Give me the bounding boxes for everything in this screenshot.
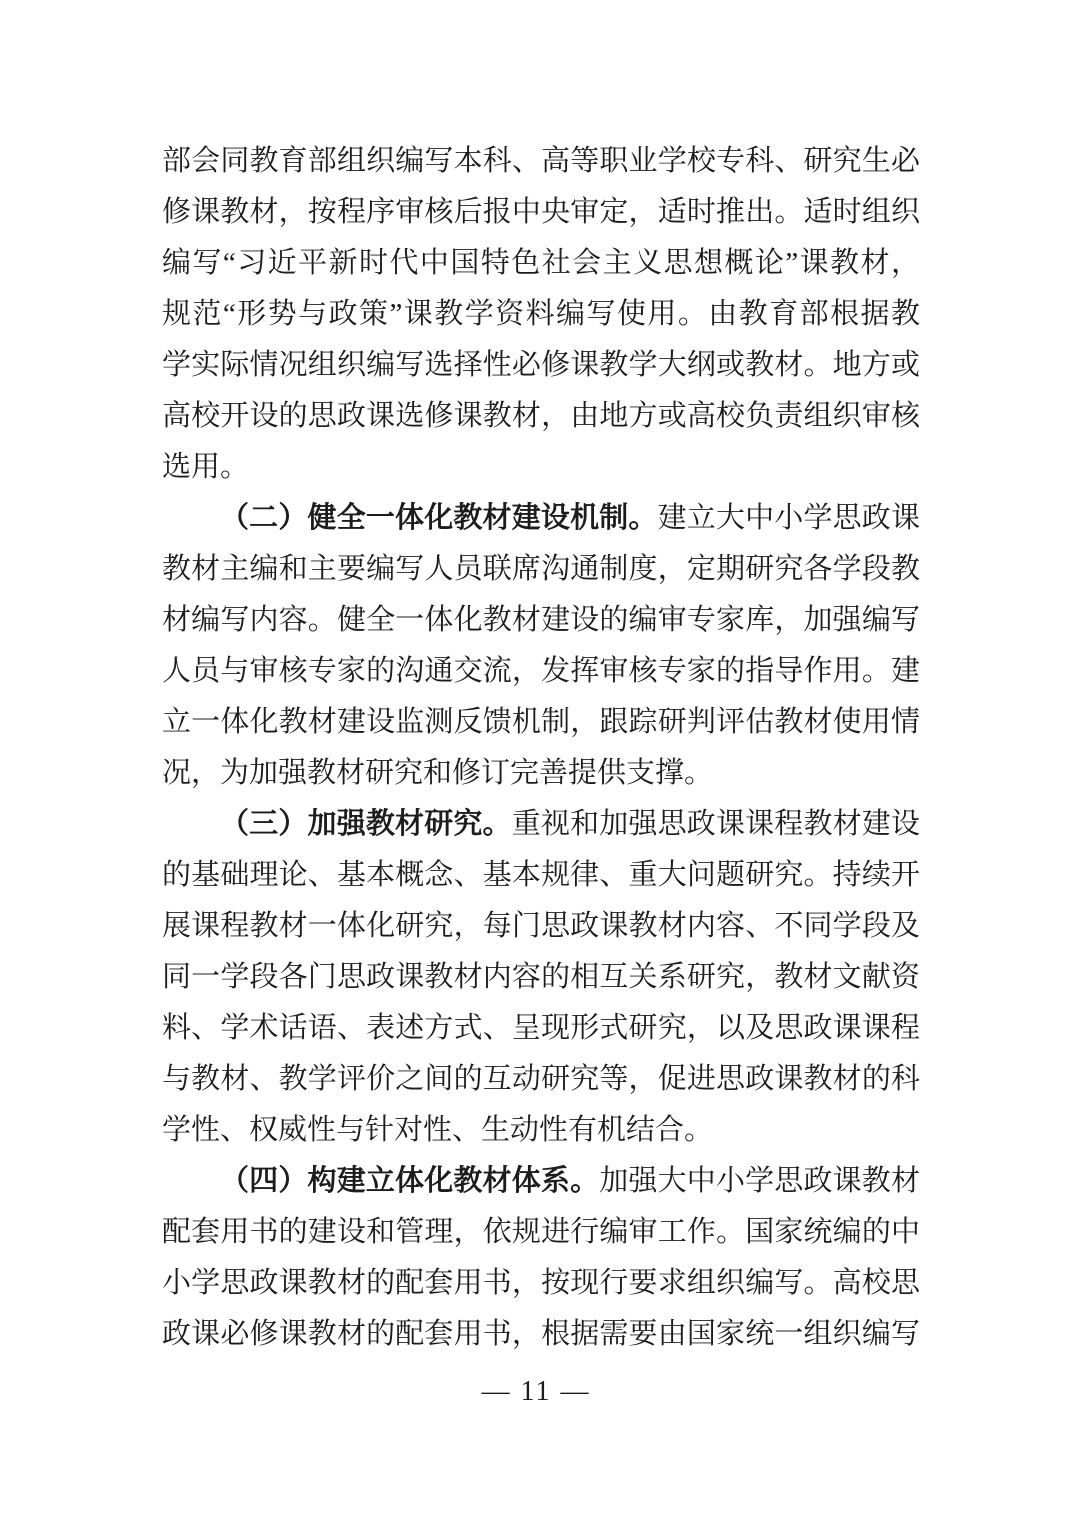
text-line: 人员与审核专家的沟通交流，发挥审核专家的指导作用。建 [162, 646, 920, 697]
paragraph: （四）构建立体化教材体系。加强大中小学思政课教材配套用书的建设和管理，依规进行编… [162, 1156, 920, 1360]
text-line: 政课必修课教材的配套用书，根据需要由国家统一组织编写 [162, 1309, 920, 1360]
text-line: 展课程教材一体化研究，每门思政课教材内容、不同学段及 [162, 901, 920, 952]
text-run: 小学思政课教材的配套用书，按现行要求组织编写。高校思 [162, 1267, 920, 1299]
text-run: 同一学段各门思政课教材内容的相互关系研究，教材文献资 [162, 961, 920, 993]
text-run: 学性、权威性与针对性、生动性有机结合。 [162, 1114, 713, 1146]
text-run: 的基础理论、基本概念、基本规律、重大问题研究。持续开 [162, 859, 920, 891]
paragraph: （二）健全一体化教材建设机制。建立大中小学思政课教材主编和主要编写人员联席沟通制… [162, 493, 920, 799]
text-line: 料、学术话语、表述方式、呈现形式研究，以及思政课课程 [162, 1003, 920, 1054]
heading-run: （二）健全一体化教材建设机制。 [220, 502, 658, 534]
paragraph: （三）加强教材研究。重视和加强思政课课程教材建设的基础理论、基本概念、基本规律、… [162, 799, 920, 1156]
text-run: 政课必修课教材的配套用书，根据需要由国家统一组织编写 [162, 1318, 920, 1350]
text-line: 小学思政课教材的配套用书，按现行要求组织编写。高校思 [162, 1258, 920, 1309]
text-run: 料、学术话语、表述方式、呈现形式研究，以及思政课课程 [162, 1012, 920, 1044]
text-line: 的基础理论、基本概念、基本规律、重大问题研究。持续开 [162, 850, 920, 901]
text-line: 规范“形势与政策”课教学资料编写使用。由教育部根据教 [162, 289, 920, 340]
text-run: 立一体化教材建设监测反馈机制，跟踪研判评估教材使用情 [162, 706, 920, 738]
text-run: 与教材、教学评价之间的互动研究等，促进思政课教材的科 [162, 1063, 920, 1095]
text-line: 修课教材，按程序审核后报中央审定，适时推出。适时组织 [162, 187, 920, 238]
text-line: （二）健全一体化教材建设机制。建立大中小学思政课 [162, 493, 920, 544]
heading-run: （四）构建立体化教材体系。 [220, 1165, 599, 1197]
text-line: 部会同教育部组织编写本科、高等职业学校专科、研究生必 [162, 136, 920, 187]
text-run: 展课程教材一体化研究，每门思政课教材内容、不同学段及 [162, 910, 920, 942]
text-line: 与教材、教学评价之间的互动研究等，促进思政课教材的科 [162, 1054, 920, 1105]
text-line: 选用。 [162, 442, 920, 493]
text-run: 学实际情况组织编写选择性必修课教学大纲或教材。地方或 [162, 349, 920, 381]
text-line: 学性、权威性与针对性、生动性有机结合。 [162, 1105, 920, 1156]
heading-run: （三）加强教材研究。 [220, 808, 512, 840]
text-run: 选用。 [162, 451, 249, 483]
text-run: 建立大中小学思政课 [658, 502, 920, 534]
text-run: 重视和加强思政课课程教材建设 [512, 808, 920, 840]
text-line: （四）构建立体化教材体系。加强大中小学思政课教材 [162, 1156, 920, 1207]
text-line: 立一体化教材建设监测反馈机制，跟踪研判评估教材使用情 [162, 697, 920, 748]
text-run: 人员与审核专家的沟通交流，发挥审核专家的指导作用。建 [162, 655, 920, 687]
text-run: 部会同教育部组织编写本科、高等职业学校专科、研究生必 [162, 145, 920, 177]
text-line: 同一学段各门思政课教材内容的相互关系研究，教材文献资 [162, 952, 920, 1003]
text-run: 配套用书的建设和管理，依规进行编审工作。国家统编的中 [162, 1216, 920, 1248]
text-line: 配套用书的建设和管理，依规进行编审工作。国家统编的中 [162, 1207, 920, 1258]
text-line: （三）加强教材研究。重视和加强思政课课程教材建设 [162, 799, 920, 850]
text-run: 编写“习近平新时代中国特色社会主义思想概论”课教材， [162, 247, 920, 279]
text-line: 况，为加强教材研究和修订完善提供支撑。 [162, 748, 920, 799]
text-line: 材编写内容。健全一体化教材建设的编审专家库，加强编写 [162, 595, 920, 646]
text-line: 编写“习近平新时代中国特色社会主义思想概论”课教材， [162, 238, 920, 289]
text-line: 学实际情况组织编写选择性必修课教学大纲或教材。地方或 [162, 340, 920, 391]
text-line: 教材主编和主要编写人员联席沟通制度，定期研究各学段教 [162, 544, 920, 595]
document-body: 部会同教育部组织编写本科、高等职业学校专科、研究生必修课教材，按程序审核后报中央… [162, 136, 920, 1360]
document-page: 部会同教育部组织编写本科、高等职业学校专科、研究生必修课教材，按程序审核后报中央… [0, 0, 1080, 1526]
text-run: 况，为加强教材研究和修订完善提供支撑。 [162, 757, 713, 789]
text-run: 修课教材，按程序审核后报中央审定，适时推出。适时组织 [162, 196, 920, 228]
text-run: 教材主编和主要编写人员联席沟通制度，定期研究各学段教 [162, 553, 920, 585]
page-number: — 11 — [0, 1370, 1072, 1414]
text-run: 规范“形势与政策”课教学资料编写使用。由教育部根据教 [162, 298, 920, 330]
text-line: 高校开设的思政课选修课教材，由地方或高校负责组织审核 [162, 391, 920, 442]
text-run: 高校开设的思政课选修课教材，由地方或高校负责组织审核 [162, 400, 920, 432]
paragraph: 部会同教育部组织编写本科、高等职业学校专科、研究生必修课教材，按程序审核后报中央… [162, 136, 920, 493]
text-run: 材编写内容。健全一体化教材建设的编审专家库，加强编写 [162, 604, 920, 636]
text-run: 加强大中小学思政课教材 [599, 1165, 920, 1197]
